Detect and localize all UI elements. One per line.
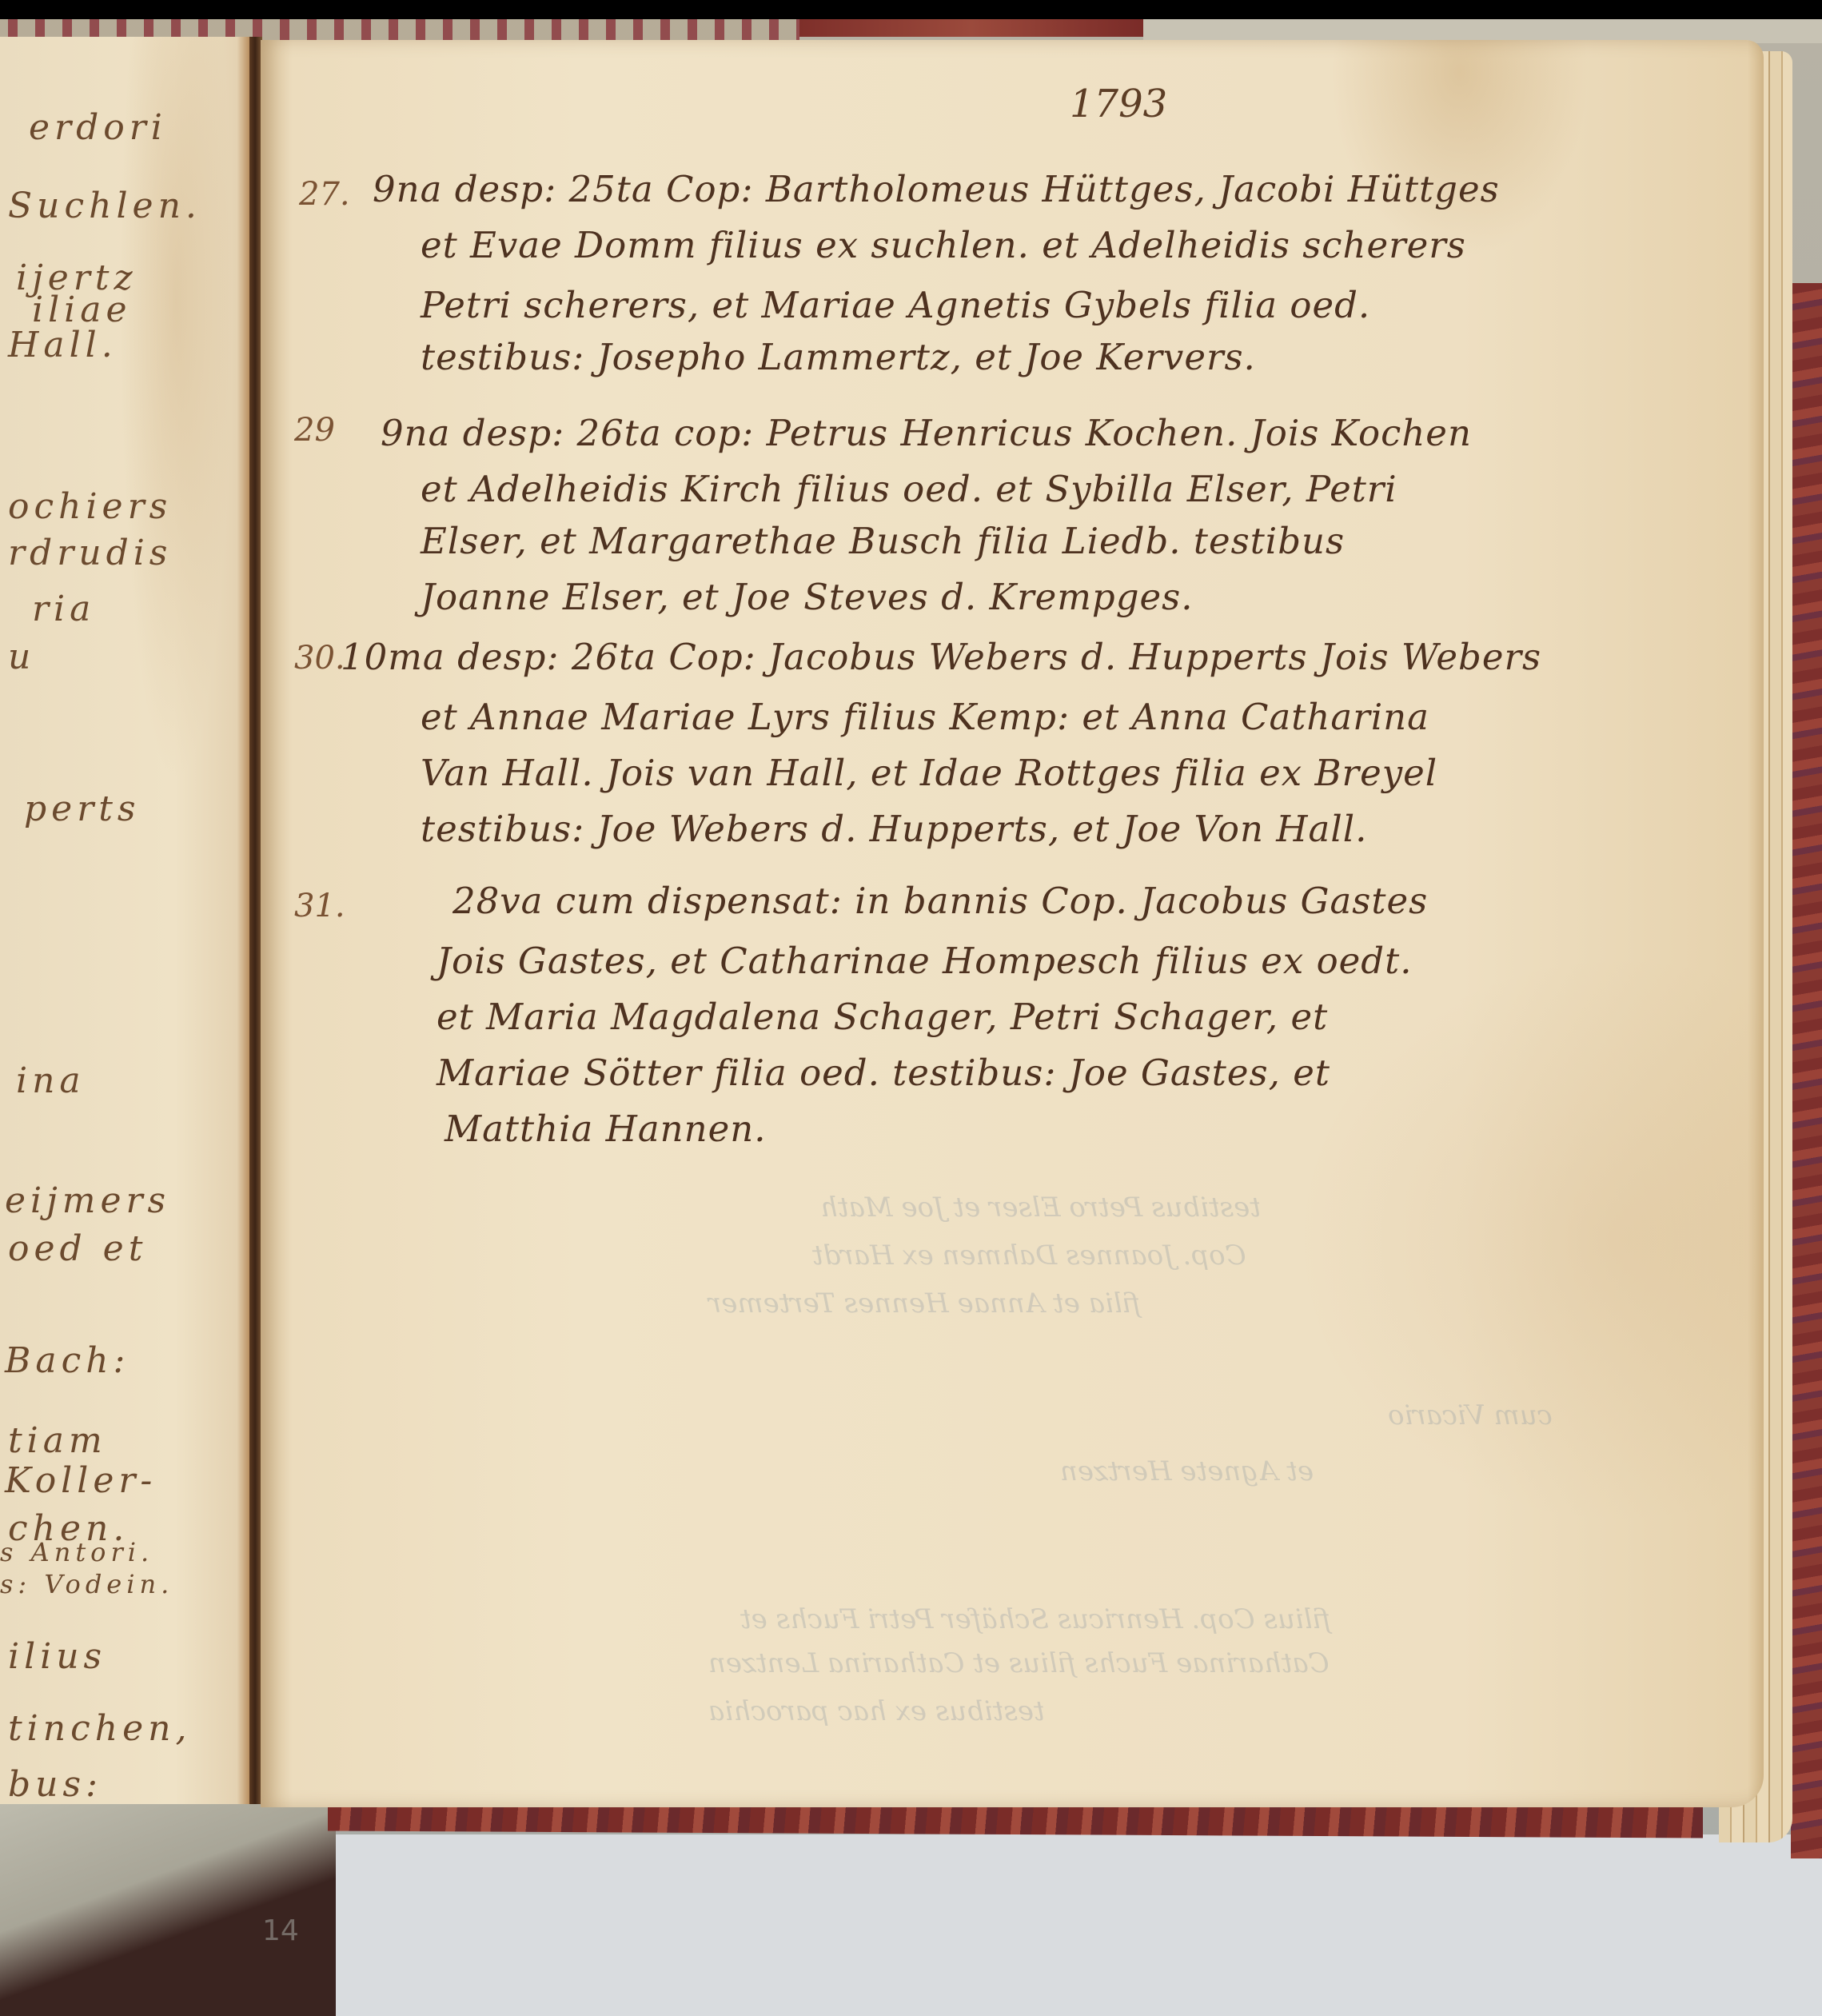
cover-edge-right — [1791, 283, 1822, 1858]
bleed-through-text: Catharinae Fuchs filius et Catharina Len… — [708, 1647, 1330, 1679]
bleed-through-text: filius Cop. Henricus Schäfer Petri Fuchs… — [740, 1603, 1330, 1635]
bleed-through-text: Cop. Joannes Dahmen ex Hardt — [812, 1240, 1246, 1271]
entry-line: 9na desp: 26ta cop: Petrus Henricus Koch… — [381, 412, 1472, 454]
document-scan: erdori Suchlen. ijertz iliae Hall. ochie… — [0, 19, 1822, 2016]
left-page-fragment: ria — [32, 589, 95, 629]
entry-line: Matthia Hannen. — [445, 1108, 767, 1150]
left-page-fragment: ina — [16, 1060, 86, 1101]
left-page-fragment: erdori — [29, 107, 167, 148]
entry-line: Jois Gastes, et Catharinae Hompesch fili… — [437, 940, 1413, 982]
entry-date: 29 — [294, 412, 335, 449]
entry-line: et Annae Mariae Lyrs filius Kemp: et Ann… — [421, 696, 1429, 738]
bleed-through-text: testibus ex hac parochia — [708, 1695, 1045, 1727]
left-page-fragment: tiam — [8, 1420, 107, 1461]
left-page-fragment: Hall. — [8, 325, 118, 365]
left-page-fragment: ilius — [8, 1636, 106, 1677]
left-page-fragment: ochiers — [8, 486, 172, 527]
entry-line: testibus: Joe Webers d. Hupperts, et Joe… — [421, 808, 1367, 850]
entry-date: 27. — [299, 176, 350, 213]
entry-line: Van Hall. Jois van Hall, et Idae Rottges… — [421, 752, 1437, 794]
entry-line: Petri scherers, et Mariae Agnetis Gybels… — [421, 284, 1370, 326]
entry-line: 9na desp: 25ta Cop: Bartholomeus Hüttges… — [373, 168, 1500, 210]
left-page-fragment: s Antori. — [0, 1537, 153, 1567]
entry-date: 30. — [294, 640, 345, 677]
cover-edge-top — [799, 19, 1143, 37]
left-page-fragment: bus: — [8, 1764, 102, 1805]
left-page-fragment: s: Vodein. — [0, 1569, 173, 1599]
entry-line: 10ma desp: 26ta Cop: Jacobus Webers d. H… — [341, 636, 1541, 678]
left-page-fragment: Koller- — [5, 1460, 157, 1501]
left-page-fragment: eijmers — [5, 1180, 170, 1221]
left-page-fragment: u — [8, 637, 35, 677]
left-page: erdori Suchlen. ijertz iliae Hall. ochie… — [0, 37, 249, 1804]
entry-line: et Evae Domm filius ex suchlen. et Adelh… — [421, 224, 1466, 266]
entry-line: 28va cum dispensat: in bannis Cop. Jacob… — [453, 880, 1428, 922]
bleed-through-text: cum Vicario — [1388, 1399, 1553, 1431]
entry-line: testibus: Josepho Lammertz, et Joe Kerve… — [421, 336, 1256, 378]
entry-line: Joanne Elser, et Joe Steves d. Krempges. — [421, 576, 1194, 618]
left-page-fragment: perts — [24, 788, 141, 829]
year-heading: 1793 — [1070, 82, 1167, 126]
entry-line: Elser, et Margarethae Busch filia Liedb.… — [421, 520, 1345, 562]
entry-line: et Adelheidis Kirch filius oed. et Sybil… — [421, 468, 1397, 510]
left-page-fragment: rdrudis — [8, 533, 172, 573]
left-page-fragment: Bach: — [5, 1340, 130, 1381]
entry-line: et Maria Magdalena Schager, Petri Schage… — [437, 996, 1328, 1038]
left-page-fragment: oed et — [8, 1228, 147, 1269]
table-surface — [320, 1834, 1822, 2016]
right-page: 1793 217 testibus Petro Elser et Joe Mat… — [261, 40, 1764, 1807]
bleed-through-text: et Agnete Hertzen — [1060, 1455, 1314, 1487]
entry-line: Mariae Sötter filia oed. testibus: Joe G… — [437, 1052, 1330, 1094]
bleed-through-text: filia et Annae Hennes Tertemer — [708, 1287, 1140, 1319]
image-caption-bar: /Personenstandsarchiv_Bruehl/Kirchenbuec… — [0, 0, 1822, 19]
cover-corner-bottom-left — [0, 1794, 336, 2016]
bleed-through-text: testibus Petro Elser et Joe Math — [820, 1192, 1261, 1224]
page-corner-mark: 14 — [262, 1914, 299, 1947]
left-page-fragment: Suchlen. — [8, 186, 201, 226]
left-page-fragment: tinchen, — [8, 1708, 191, 1749]
entry-date: 31. — [294, 888, 345, 924]
